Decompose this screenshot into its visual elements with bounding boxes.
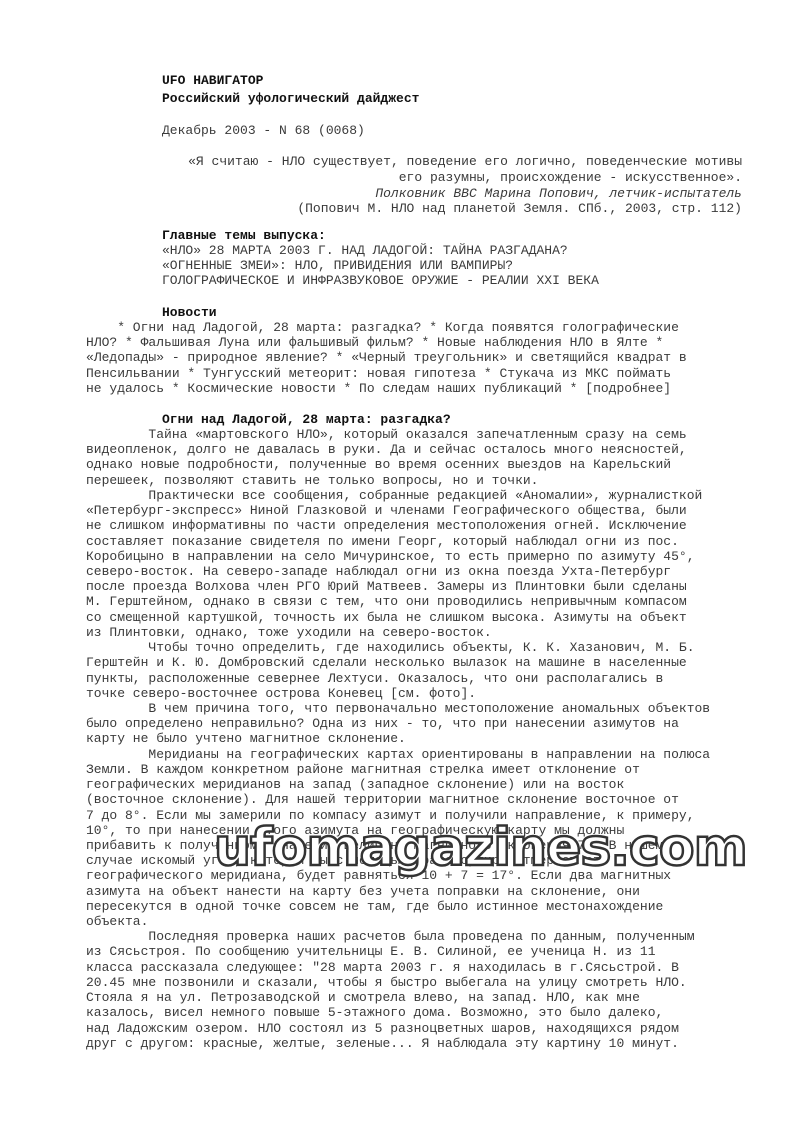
text-line: казалось, висел немного повыше 5-этажног… [86, 1005, 663, 1020]
text-line: над Ладожским озером. НЛО состоял из 5 р… [86, 1021, 679, 1036]
text-line: Герштейн и К. Ю. Домбровский сделали нес… [86, 655, 687, 670]
text-line: точке северо-восточнее острова Коневец [… [86, 686, 476, 701]
text-line: из Плинтовки, однако, тоже уходили на се… [86, 625, 492, 640]
text-line: друг с другом: красные, желтые, зеленые.… [86, 1036, 679, 1051]
text-line: 20.45 мне позвонили и сказали, чтобы я б… [86, 975, 687, 990]
text-line: Земли. В каждом конкретном районе магнит… [86, 762, 640, 777]
text-line: Стояла я на ул. Петрозаводской и смотрел… [86, 990, 640, 1005]
text-line: * Огни над Ладогой, 28 марта: разгадка? … [86, 320, 679, 335]
news-heading: Новости [162, 305, 217, 320]
digest-subtitle: Российский уфологический дайджест [162, 91, 419, 106]
epigraph-line: «Я считаю - НЛО существует, поведение ег… [188, 154, 742, 169]
watermark: ufomagazines.com [214, 818, 747, 878]
topic-item: «НЛО» 28 МАРТА 2003 Г. НАД ЛАДОГОЙ: ТАЙН… [162, 243, 568, 258]
epigraph-author: Полковник ВВС Марина Попович, летчик-исп… [375, 186, 742, 201]
text-line: «Ледопады» - природное явление? * «Черны… [86, 350, 687, 365]
text-line: не удалось * Космические новости * По сл… [86, 381, 671, 396]
text-line: М. Герштейном, однако в связи с тем, что… [86, 594, 687, 609]
document-page: UFO НАВИГАТОР Российский уфологический д… [0, 0, 800, 1131]
text-line: составляет показание свидетеля по имени … [86, 534, 679, 549]
text-line: объекта. [86, 914, 148, 929]
text-line: Чтобы точно определить, где находились о… [86, 640, 695, 655]
text-line: из Сясьстроя. По сообщению учительницы Е… [86, 944, 656, 959]
text-line: Пенсильвании * Тунгусский метеорит: нова… [86, 366, 671, 381]
text-line: В чем причина того, что первоначально ме… [86, 701, 710, 716]
text-line: азимута на объект нанести на карту без у… [86, 884, 640, 899]
topic-item: ГОЛОГРАФИЧЕСКОЕ И ИНФРАЗВУКОВОЕ ОРУЖИЕ -… [162, 273, 599, 288]
article-heading: Огни над Ладогой, 28 марта: разгадка? [162, 412, 451, 427]
text-line: пересекутся в одной точке совсем не там,… [86, 899, 663, 914]
text-line: Меридианы на географических картах ориен… [86, 747, 710, 762]
text-line: карту не было учтено магнитное склонение… [86, 731, 406, 746]
text-line: географических меридианов на запад (запа… [86, 777, 624, 792]
epigraph-line: его разумны, происхождение - искусственн… [399, 170, 742, 185]
text-line: не слишком информативны по части определ… [86, 518, 687, 533]
text-line: НЛО? * Фальшивая Луна или фальшивый филь… [86, 335, 663, 350]
text-line: Последняя проверка наших расчетов была п… [86, 929, 695, 944]
topic-item: «ОГНЕННЫЕ ЗМЕИ»: НЛО, ПРИВИДЕНИЯ ИЛИ ВАМ… [162, 258, 513, 273]
text-line: со смещенной картушкой, точность их была… [86, 610, 687, 625]
text-line: после проезда Волхова член РГО Юрий Матв… [86, 579, 687, 594]
text-line: однако новые подробности, полученные во … [86, 457, 671, 472]
text-line: класса рассказала следующее: "28 марта 2… [86, 960, 679, 975]
text-line: Тайна «мартовского НЛО», который оказалс… [86, 427, 687, 442]
text-line: северо-восток. На северо-западе наблюдал… [86, 564, 671, 579]
issue-info: Декабрь 2003 - N 68 (0068) [162, 123, 365, 138]
text-line: пункты, расположенные севернее Лехтуси. … [86, 671, 663, 686]
text-line: было определено неправильно? Одна из них… [86, 716, 679, 731]
text-line: Практически все сообщения, собранные ред… [86, 488, 702, 503]
epigraph-source: (Попович М. НЛО над планетой Земля. СПб.… [297, 201, 742, 216]
digest-title: UFO НАВИГАТОР [162, 73, 263, 88]
text-line: перешеек, позволяют ставить не только во… [86, 473, 538, 488]
text-line: (восточное склонение). Для нашей террито… [86, 792, 679, 807]
text-line: «Петербург-экспресс» Ниной Глазковой и ч… [86, 503, 687, 518]
topics-heading: Главные темы выпуска: [162, 228, 326, 243]
text-line: Коробицыно в направлении на село Мичурин… [86, 549, 695, 564]
text-line: видеопленок, долго не давалась в руки. Д… [86, 442, 687, 457]
